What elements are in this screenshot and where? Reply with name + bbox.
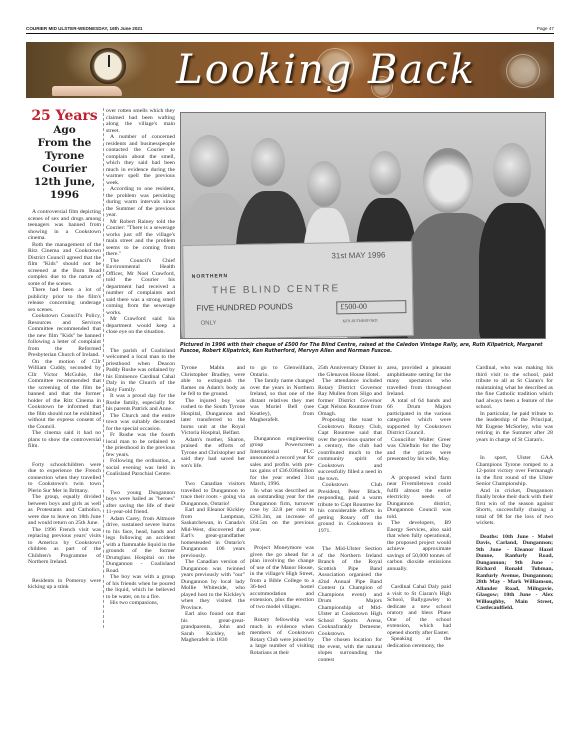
paragraph: Fr Rushe was the fourth local man to be … <box>106 432 175 458</box>
clock-icon <box>90 48 126 84</box>
paragraph: Cookstown Council's Policy, Resources an… <box>28 313 101 359</box>
cheque-date: 31st MAY 1996 <box>331 250 385 260</box>
kicker-years: 25 Years <box>28 108 101 124</box>
paragraph: A controversial film depicting scenes of… <box>28 209 101 242</box>
paragraph: The injured boy was rushed to the South … <box>181 398 245 437</box>
article-column-2: over rotten smells which they claimed ha… <box>106 108 175 607</box>
paragraph: Project Moneymore was given the go ahead… <box>250 545 314 610</box>
paragraph: over rotten smells which they claimed ha… <box>106 108 175 134</box>
paragraph: Forty schoolchildren were due to experie… <box>28 462 101 495</box>
paragraph: There had been a lot of publicity prior … <box>28 287 101 313</box>
person-head <box>251 138 285 186</box>
paragraph: The group, equally divided between boys … <box>28 494 101 527</box>
kicker-line: Courier <box>28 163 101 176</box>
paragraph: According to one resident, the problem w… <box>106 186 175 219</box>
article-column-4: to go to Glenwilliam, Ontario. The famil… <box>250 365 314 656</box>
cheque-payee: THE BLIND CENTRE <box>212 283 340 296</box>
paragraph: Cardinal, who was making his third visit… <box>476 365 553 411</box>
kicker-line: Tyrone <box>28 150 101 163</box>
paragraph: Cookstown Club President, Peter Black, r… <box>318 482 382 534</box>
paragraph: A number of concerned residents and busi… <box>106 134 175 186</box>
paragraph: Earl and Eleanor Kickley from Lampman, S… <box>181 507 245 559</box>
paragraph: Adam's mother, Sharon, praised the effor… <box>181 437 245 470</box>
person-head <box>189 135 229 187</box>
publication-line: COURIER MID ULSTER-WEDNESDAY, 16th June … <box>26 26 142 31</box>
article-column-5: 25th Anniversary Dinner in the Glenavon … <box>318 365 382 663</box>
paragraph: The developers, B9 Energy Services, also… <box>387 520 451 572</box>
anniversary-kicker: 25 Years Ago From the Tyrone Courier 12t… <box>28 108 101 202</box>
paragraph: Tyrone Mabin and Christopher Bradley, we… <box>181 365 245 398</box>
paragraph: area, provided a pleasant amphitheatre s… <box>387 365 451 398</box>
paragraph: The Council's Chief Environmental Health… <box>106 258 175 317</box>
cheque-amount-figure: £500-00 <box>336 300 406 314</box>
paragraph: The chosen location for the event, with … <box>318 637 382 663</box>
cheque-only: ONLY <box>201 320 217 326</box>
paragraph: Following the ordination, a social eveni… <box>106 458 175 478</box>
page-number: Page 47 <box>537 26 554 31</box>
paragraph: The attendance included Rotary District … <box>318 378 382 417</box>
paragraph: 25th Anniversary Dinner in the Glenavon … <box>318 365 382 378</box>
person-head <box>307 161 341 207</box>
hand-icon <box>52 86 122 96</box>
paragraph: Two Canadian visitors travelled to Dunga… <box>181 481 245 507</box>
person-head <box>493 143 531 197</box>
oversized-cheque: NORTHERN 31st MAY 1996 THE BLIND CENTRE … <box>182 241 414 339</box>
paragraph: And in cricket, Dungannon finally broke … <box>476 488 553 527</box>
paragraph: The boy was with a group of his friends … <box>106 574 175 600</box>
paragraph: A total of 64 bands and 66 Drum Majors p… <box>387 398 451 437</box>
cheque-bank: NORTHERN <box>192 273 228 280</box>
paragraph: Mr Crawford said his department would ke… <box>106 316 175 336</box>
paragraph: Proposing the toast to Cookstown Rotary … <box>318 417 382 482</box>
article-column-7: Cardinal, who was making his third visit… <box>476 365 553 612</box>
article-column-1: 25 Years Ago From the Tyrone Courier 12t… <box>28 108 101 591</box>
paragraph: to go to Glenwilliam, Ontario. <box>250 365 314 378</box>
person-figure <box>479 203 546 339</box>
looking-back-banner: Looking Back <box>26 42 554 98</box>
paragraph: The parish of Coalisland welcomed a loca… <box>106 348 175 394</box>
paragraph: Mr Robert Rainey told the Courier: "Ther… <box>106 219 175 258</box>
article-column-6: area, provided a pleasant amphitheatre s… <box>387 365 451 649</box>
paragraph: Both the management of the Ritz Cinema a… <box>28 242 101 288</box>
cheque-signature: KEN RUTHERFORD <box>342 318 377 324</box>
paragraph: Two young Dungannon boys were hailed as … <box>106 490 175 516</box>
cheque-presentation-photo: NORTHERN 31st MAY 1996 THE BLIND CENTRE … <box>180 112 546 339</box>
cheque-amount-words: FIVE HUNDRED POUNDS <box>196 302 293 313</box>
paragraph: On the motion of Cllr William Cuddy, sec… <box>28 359 101 431</box>
kicker-line: 1996 <box>28 189 101 202</box>
kicker-line: Ago <box>28 124 101 137</box>
paragraph: In sport, Ulster GAA Champions Tyrone ro… <box>476 455 553 488</box>
paragraph: Residents in Pomeroy were kicking up a s… <box>28 578 101 591</box>
running-head: COURIER MID ULSTER-WEDNESDAY, 16th June … <box>26 26 554 34</box>
paragraph: The cinema said it had no plans to show … <box>28 430 101 450</box>
deaths-notice: Deaths: 10th June - Mabel Davis, Carland… <box>476 534 553 612</box>
paragraph: Adam Carey, from Altmore drive, sustaine… <box>106 516 175 575</box>
paragraph: Councillor Walter Greer was Chieftain fo… <box>387 437 451 463</box>
paragraph: The Mid-Ulster Section of the Northern I… <box>318 546 382 637</box>
paragraph: His two companions, <box>106 600 175 607</box>
article-column-3: Tyrone Mabin and Christopher Bradley, we… <box>181 365 245 644</box>
paragraph: Cardinal Cahal Daly paid a visit to St C… <box>387 584 451 636</box>
paragraph: The Church and the entire town was suita… <box>106 413 175 433</box>
kicker-line: 12th June, <box>28 176 101 189</box>
paragraph: It was a proud day for the Rushe family,… <box>106 393 175 413</box>
person-head <box>369 151 401 195</box>
paragraph: Rotary fellowship was much in evidence w… <box>250 617 314 656</box>
paragraph: The family name changed over the years i… <box>250 378 314 424</box>
paragraph: The Canadian version of Dungannon was tw… <box>181 559 245 611</box>
kicker-line: From the <box>28 137 101 150</box>
paragraph: Speaking at the dedication ceremony, the <box>387 636 451 649</box>
person-head <box>423 148 473 213</box>
photo-caption: Pictured in 1996 with their cheque of £5… <box>180 342 552 354</box>
paragraph: Dungannon engineering group Powerscreen … <box>250 436 314 488</box>
paragraph: In particular, he paid tribute to the le… <box>476 411 553 444</box>
paragraph: In what was described as an outstanding … <box>250 488 314 534</box>
section-title: Looking Back <box>166 42 486 98</box>
column-rule <box>103 108 104 628</box>
paragraph: Earl also found out that his great-great… <box>181 611 245 644</box>
faded-clock-icon <box>506 54 540 88</box>
paragraph: A proposed wind farm near Fivemiletown c… <box>387 475 451 521</box>
paragraph: The 1996 French visit was replacing prev… <box>28 527 101 566</box>
